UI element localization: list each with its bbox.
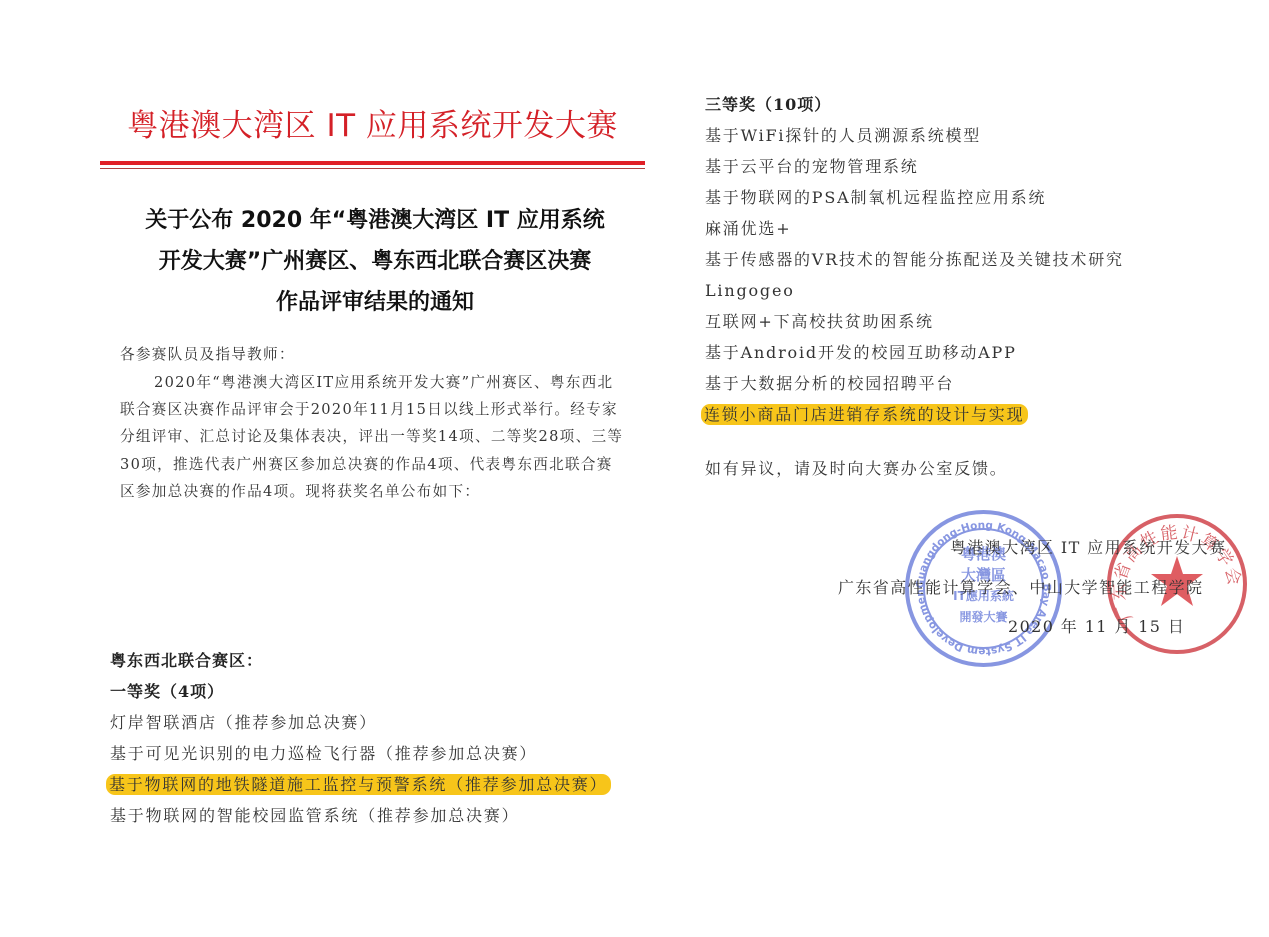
notice-title: 关于公布 2020 年“粤港澳大湾区 IT 应用系统 开发大赛”广州赛区、粤东西… xyxy=(105,200,645,323)
letterhead-rule-thick xyxy=(100,161,645,165)
award-item: 灯岸智联酒店（推荐参加总决赛） xyxy=(110,707,611,738)
award-item: 基于传感器的VR技术的智能分拣配送及关键技术研究 xyxy=(705,244,1124,275)
award-item: 基于可见光识别的电力巡检飞行器（推荐参加总决赛） xyxy=(110,738,611,769)
paragraph-line: 联合赛区决赛作品评审会于2020年11月15日以线上形式举行。经专家 xyxy=(120,396,640,423)
award-item: 基于云平台的宠物管理系统 xyxy=(705,151,1124,182)
intro-paragraph: 2020年“粤港澳大湾区IT应用系统开发大赛”广州赛区、粤东西北 联合赛区决赛作… xyxy=(120,369,640,505)
award-item: 基于WiFi探针的人员溯源系统模型 xyxy=(705,120,1124,151)
signature-date: 2020 年 11 月 15 日 xyxy=(1008,614,1185,637)
highlight-marker: 连锁小商品门店进销存系统的设计与实现 xyxy=(701,404,1028,425)
notice-title-line: 关于公布 2020 年“粤港澳大湾区 IT 应用系统 xyxy=(105,200,645,241)
signature-org-2: 广东省高性能计算学会、中山大学智能工程学院 xyxy=(838,575,1203,598)
region-heading: 粤东西北联合赛区： xyxy=(110,645,611,676)
highlight-marker: 基于物联网的地铁隧道施工监控与预警系统（推荐参加总决赛） xyxy=(106,774,611,795)
third-prize-section: 三等奖（10项） 基于WiFi探针的人员溯源系统模型 基于云平台的宠物管理系统 … xyxy=(705,89,1124,430)
award-item: 基于物联网的PSA制氧机远程监控应用系统 xyxy=(705,182,1124,213)
paragraph-line: 30项，推选代表广州赛区参加总决赛的作品4项、代表粤东西北联合赛 xyxy=(120,451,640,478)
signature-org-1: 粤港澳大湾区 IT 应用系统开发大赛 xyxy=(950,535,1226,558)
salutation: 各参赛队员及指导教师： xyxy=(120,343,295,364)
award-item-highlighted: 连锁小商品门店进销存系统的设计与实现 xyxy=(705,399,1124,430)
paragraph-line: 区参加总决赛的作品4项。现将获奖名单公布如下： xyxy=(120,478,640,505)
first-prize-heading: 一等奖（4项） xyxy=(110,676,611,707)
award-item: 麻涌优选+ xyxy=(705,213,1124,244)
notice-title-line: 作品评审结果的通知 xyxy=(105,282,645,323)
notice-title-line: 开发大赛”广州赛区、粤东西北联合赛区决赛 xyxy=(105,241,645,282)
feedback-note: 如有异议，请及时向大赛办公室反馈。 xyxy=(705,456,1008,479)
award-item: 基于Android开发的校园互助移动APP xyxy=(705,337,1124,368)
award-item: Lingogeo xyxy=(705,275,1124,306)
award-item: 互联网+下高校扶贫助困系统 xyxy=(705,306,1124,337)
award-item: 基于物联网的智能校园监管系统（推荐参加总决赛） xyxy=(110,800,611,831)
third-prize-heading: 三等奖（10项） xyxy=(705,89,1124,120)
first-prize-section: 粤东西北联合赛区： 一等奖（4项） 灯岸智联酒店（推荐参加总决赛） 基于可见光识… xyxy=(110,645,611,831)
award-item: 基于大数据分析的校园招聘平台 xyxy=(705,368,1124,399)
letterhead-rule-thin xyxy=(100,168,645,169)
paragraph-line: 分组评审、汇总讨论及集体表决，评出一等奖14项、二等奖28项、三等 xyxy=(120,423,640,450)
award-item-highlighted: 基于物联网的地铁隧道施工监控与预警系统（推荐参加总决赛） xyxy=(110,769,611,800)
paragraph-line: 2020年“粤港澳大湾区IT应用系统开发大赛”广州赛区、粤东西北 xyxy=(120,369,640,396)
letterhead-title: 粤港澳大湾区 IT 应用系统开发大赛 xyxy=(100,100,645,145)
